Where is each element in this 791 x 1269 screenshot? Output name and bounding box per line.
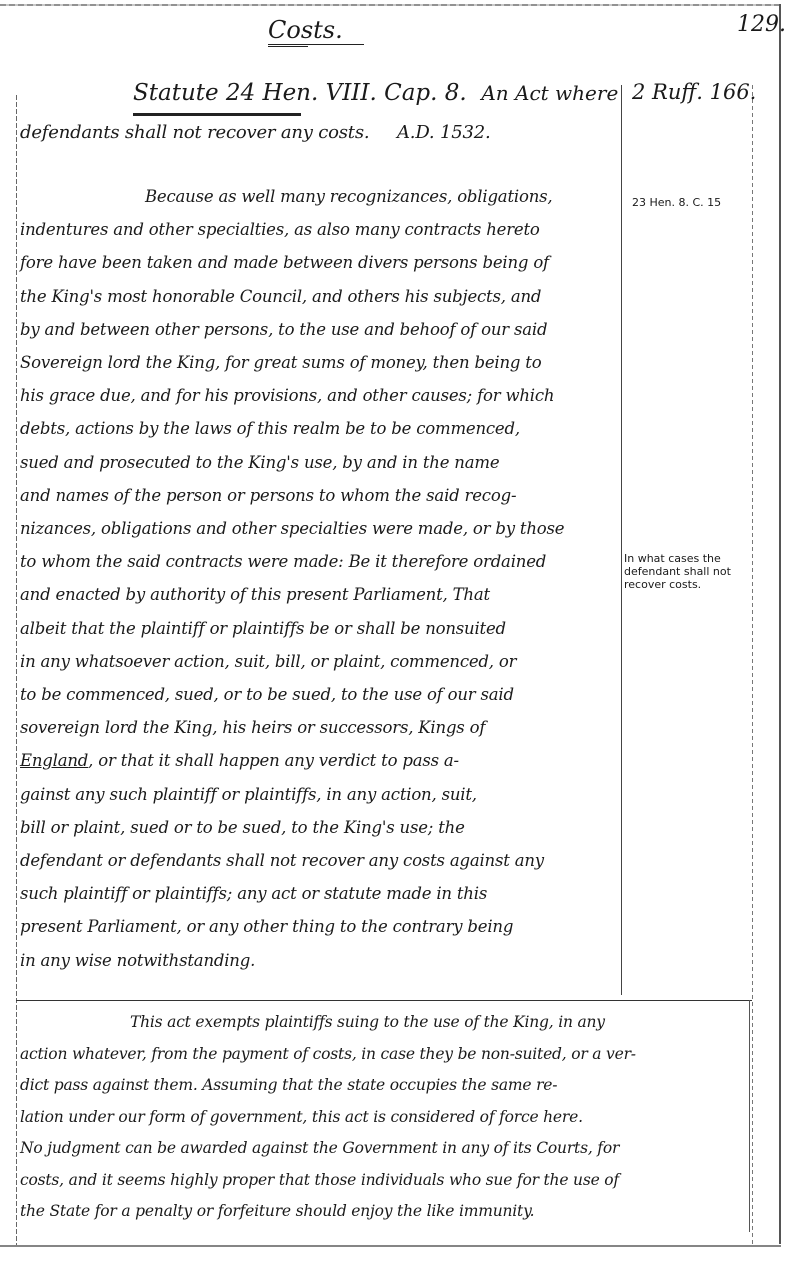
commentary-line: dict pass against them. Assuming that th… [20,1076,557,1094]
statute-line: albeit that the plaintiff or plaintiffs … [20,619,610,638]
outer-margin-rule [752,85,753,1245]
statute-line: his grace due, and for his provisions, a… [20,386,610,405]
commentary-line: action whatever, from the payment of cos… [20,1045,636,1063]
top-border [0,4,780,6]
act-title-start: An Act where [481,81,618,105]
statute-line: Because as well many recognizances, obli… [145,187,605,206]
statute-line: bill or plaint, sued or to be sued, to t… [20,818,610,837]
statute-line: fore have been taken and made between di… [20,253,610,272]
statute-line: to whom the said contracts were made: Be… [20,552,610,571]
statute-line: by and between other persons, to the use… [20,320,610,339]
statute-line: and names of the person or persons to wh… [20,486,610,505]
act-year: A.D. 1532. [397,122,491,143]
statute-line: and enacted by authority of this present… [20,585,610,604]
statute-line: sued and prosecuted to the King's use, b… [20,453,610,472]
margin-summary-note: In what cases the defendant shall not re… [624,552,731,591]
act-title-continued: defendants shall not recover any costs. … [20,122,491,143]
statute-line: sovereign lord the King, his heirs or su… [20,718,610,737]
statute-underline [133,113,301,116]
statute-line: present Parliament, or any other thing t… [20,917,610,936]
statute-line: the King's most honorable Council, and o… [20,287,610,306]
margin-column-divider [621,85,622,995]
commentary-line: This act exempts plaintiffs suing to the… [130,1013,605,1031]
statute-line: debts, actions by the laws of this realm… [20,419,610,438]
statute-line: in any wise notwithstanding. [20,951,610,970]
section-divider [16,1000,752,1001]
underlined-word: England [20,751,88,770]
statute-line: gainst any such plaintiff or plaintiffs,… [20,785,610,804]
left-margin-rule [16,95,17,1245]
title-underline [268,44,364,45]
statute-line: indentures and other specialties, as als… [20,220,610,239]
title-double-underline [268,46,308,47]
statute-line: defendant or defendants shall not recove… [20,851,610,870]
statute-line: Sovereign lord the King, for great sums … [20,353,610,372]
page-number: 129. [737,12,786,37]
margin-cross-reference: 23 Hen. 8. C. 15 [632,196,721,209]
page-title: Costs. [268,16,343,44]
commentary-right-rule [749,1000,750,1232]
commentary-line: costs, and it seems highly proper that t… [20,1171,619,1189]
statute-line: England, or that it shall happen any ver… [20,751,610,770]
bottom-border [0,1245,781,1247]
statute-line: in any whatsoever action, suit, bill, or… [20,652,610,671]
right-border [779,4,781,1244]
statute-line: nizances, obligations and other specialt… [20,519,610,538]
statute-line: such plaintiff or plaintiffs; any act or… [20,884,610,903]
statute-line: to be commenced, sued, or to be sued, to… [20,685,610,704]
commentary-line: the State for a penalty or forfeiture sh… [20,1202,534,1220]
reference-citation: 2 Ruff. 166. [632,80,756,104]
statute-citation: Statute 24 Hen. VIII. Cap. 8. An Act whe… [133,80,618,106]
commentary-line: No judgment can be awarded against the G… [20,1139,619,1157]
commentary-line: lation under our form of government, thi… [20,1108,583,1126]
